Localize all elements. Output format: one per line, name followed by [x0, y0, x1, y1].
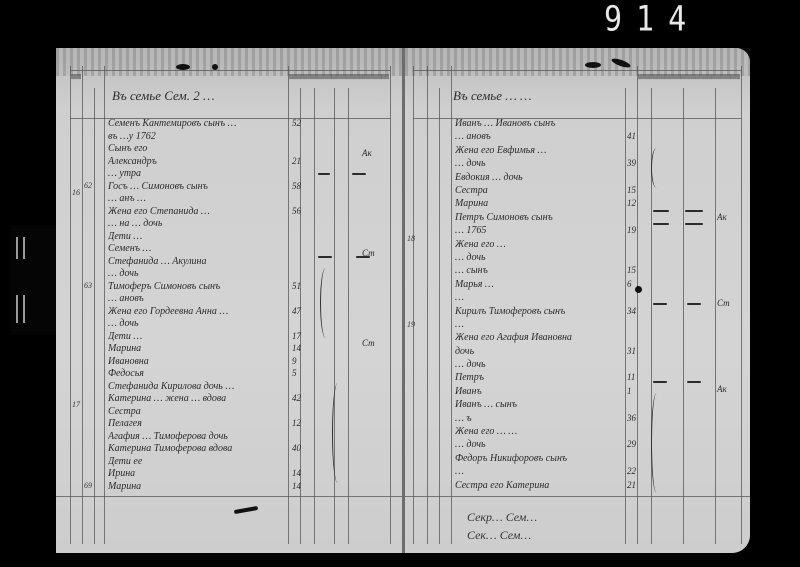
entry-age: 51 — [292, 281, 301, 291]
total-mark: Ак — [717, 384, 727, 394]
ledger-entry: Жена его Степанида … — [108, 206, 210, 218]
entry-age: 31 — [627, 346, 636, 356]
ledger-entry: Семенъ Кантемировъ сынъ … — [108, 118, 236, 130]
ledger-entry: Марина — [455, 198, 488, 210]
entry-age: 12 — [292, 418, 301, 428]
ledger-entry: … анъ … — [108, 193, 146, 205]
entry-age: 52 — [292, 118, 301, 128]
ledger-entry: Марина — [108, 481, 141, 493]
entry-number: 62 — [84, 181, 92, 190]
ledger-entry: … — [455, 466, 464, 478]
ledger-spread: ▒▒▒▒▒ ▒▒▒▒▒▒▒▒▒▒▒▒▒▒▒▒▒▒▒▒▒▒▒▒▒▒▒▒▒▒▒▒▒▒… — [56, 48, 750, 553]
entry-age: 41 — [627, 131, 636, 141]
ledger-entry: Ивановна — [108, 356, 149, 368]
ledger-entry: … на … дочь — [108, 218, 162, 230]
entry-number: 69 — [84, 481, 92, 490]
ledger-entry: … ъ — [455, 413, 472, 425]
ledger-entry: Катерина Тимоферова вдова — [108, 443, 232, 455]
ledger-entry: Дети ее — [108, 456, 142, 468]
column-header-cell: ▒▒▒▒▒ — [71, 74, 81, 114]
ledger-entry: Сестра — [455, 185, 488, 197]
ink-stroke — [234, 506, 258, 514]
entry-age: 14 — [292, 343, 301, 353]
right-page: ▒▒▒▒▒▒▒▒▒▒▒▒▒▒▒▒▒▒▒▒▒▒▒▒▒▒▒▒▒▒▒▒▒▒▒▒▒▒▒▒… — [405, 48, 750, 553]
total-mark: Ст — [362, 338, 375, 348]
entry-age: 14 — [292, 468, 301, 478]
ledger-entry: … ановъ — [108, 293, 144, 305]
ledger-entry: Пелагея — [108, 418, 142, 430]
footer-signature: Секр… Сем… — [467, 510, 537, 525]
ledger-entry: Стефанида Кирилова дочь … — [108, 381, 234, 393]
ink-blot — [585, 62, 601, 68]
entry-age: 1 — [627, 386, 632, 396]
entry-age: 21 — [292, 156, 301, 166]
ledger-entry: Марина — [108, 343, 141, 355]
entry-age: 15 — [627, 265, 636, 275]
ledger-entry: Ирина — [108, 468, 135, 480]
ledger-entry: Катерина … жена … вдова — [108, 393, 226, 405]
ledger-entry: Стефанида … Акулина — [108, 256, 207, 268]
entry-age: 36 — [627, 413, 636, 423]
section-heading: Въ семье … … — [453, 88, 532, 104]
entry-age: 17 — [292, 331, 301, 341]
entry-age: 22 — [627, 466, 636, 476]
column-header-cell: ▒▒▒▒▒▒▒▒▒▒▒▒▒▒▒▒▒▒▒▒▒▒▒▒▒▒▒▒▒▒▒▒▒▒▒▒▒▒▒▒… — [638, 74, 740, 114]
total-mark: Ак — [717, 212, 727, 222]
entry-age: 40 — [292, 443, 301, 453]
ledger-entry: … ановъ — [455, 131, 491, 143]
ledger-entry: … сынъ — [455, 265, 488, 277]
top-stain — [405, 48, 750, 76]
entry-age: 6 — [627, 279, 632, 289]
ledger-entry: … дочь — [455, 158, 486, 170]
ledger-entry: въ …у 1762 — [108, 131, 156, 143]
footer-signature: Сек… Сем… — [467, 528, 531, 543]
ledger-entry: Тимоферъ Симоновъ сынъ — [108, 281, 220, 293]
ledger-entry: Жена его Евфимья … — [455, 145, 546, 157]
ledger-entry: Агафия … Тимоферова дочь — [108, 431, 228, 443]
entry-age: 11 — [627, 372, 635, 382]
entry-age: 15 — [627, 185, 636, 195]
entry-age: 47 — [292, 306, 301, 316]
ledger-entry: Иванъ … сынъ — [455, 399, 517, 411]
side-number: 17 — [72, 400, 80, 409]
entry-age: 58 — [292, 181, 301, 191]
ledger-entry: дочь — [455, 346, 474, 358]
entry-age: 42 — [292, 393, 301, 403]
ledger-entry: Евдокия … дочь — [455, 172, 523, 184]
ledger-entry: Федосья — [108, 368, 144, 380]
total-mark: Ак — [362, 148, 372, 158]
ledger-entry: Петръ Симоновъ сынъ — [455, 212, 553, 224]
section-heading: Въ семье Сем. 2 … — [112, 88, 215, 104]
ledger-entry: Сестра его Катерина — [455, 480, 549, 492]
left-page: ▒▒▒▒▒ ▒▒▒▒▒▒▒▒▒▒▒▒▒▒▒▒▒▒▒▒▒▒▒▒▒▒▒▒▒▒▒▒▒▒… — [56, 48, 405, 553]
ledger-entry: … 1765 — [455, 225, 486, 237]
ledger-entry: Жена его Гордеевна Анна … — [108, 306, 228, 318]
entry-age: 39 — [627, 158, 636, 168]
ledger-entry: Жена его … — [455, 239, 506, 251]
ledger-entry: Дети … — [108, 331, 142, 343]
ledger-entry: Петръ — [455, 372, 484, 384]
ledger-entry: … дочь — [455, 252, 486, 264]
entry-age: 21 — [627, 480, 636, 490]
entry-age: 5 — [292, 368, 297, 378]
side-number: 18 — [407, 234, 415, 243]
ledger-entry: Госъ … Симоновъ сынъ — [108, 181, 208, 193]
total-mark: Ст — [362, 248, 375, 258]
ledger-entry: Дети … — [108, 231, 142, 243]
ledger-entry: Иванъ — [455, 386, 482, 398]
top-stain — [56, 48, 402, 76]
ledger-entry: … дочь — [455, 439, 486, 451]
ledger-entry: Жена его … … — [455, 426, 517, 438]
ledger-entry: Иванъ … Ивановъ сынъ — [455, 118, 555, 130]
ledger-entry: Семенъ … — [108, 243, 151, 255]
column-header-cell: ▒▒▒▒▒▒▒▒▒▒▒▒▒▒▒▒▒▒▒▒▒▒▒▒▒▒▒▒▒▒▒▒▒▒▒▒▒▒▒▒… — [289, 74, 389, 114]
ledger-entry: Федоръ Никифоровъ сынъ — [455, 453, 567, 465]
ledger-entry: … — [455, 292, 464, 304]
side-number: 19 — [407, 320, 415, 329]
entry-age: 9 — [292, 356, 297, 366]
entry-age: 34 — [627, 306, 636, 316]
total-mark: Ст — [717, 298, 730, 308]
ledger-entry: … утра — [108, 168, 141, 180]
ledger-entry: Кирилъ Тимоферовъ сынъ — [455, 306, 565, 318]
ledger-entry: … дочь — [108, 268, 139, 280]
ledger-entry: Сестра — [108, 406, 141, 418]
ledger-entry: … — [455, 319, 464, 331]
ledger-entry: Жена его Агафия Ивановна — [455, 332, 572, 344]
archive-page-number: 914 — [604, 0, 700, 40]
entry-age: 56 — [292, 206, 301, 216]
entry-age: 14 — [292, 481, 301, 491]
entry-age: 29 — [627, 439, 636, 449]
entry-age: 12 — [627, 198, 636, 208]
ledger-entry: … дочь — [108, 318, 139, 330]
side-number: 16 — [72, 188, 80, 197]
ledger-entry: Александръ — [108, 156, 157, 168]
ledger-entry: Марья … — [455, 279, 494, 291]
ledger-entry: Сынъ его — [108, 143, 147, 155]
ledger-entry: … дочь — [455, 359, 486, 371]
entry-age: 19 — [627, 225, 636, 235]
entry-number: 63 — [84, 281, 92, 290]
ink-blot — [635, 286, 642, 293]
